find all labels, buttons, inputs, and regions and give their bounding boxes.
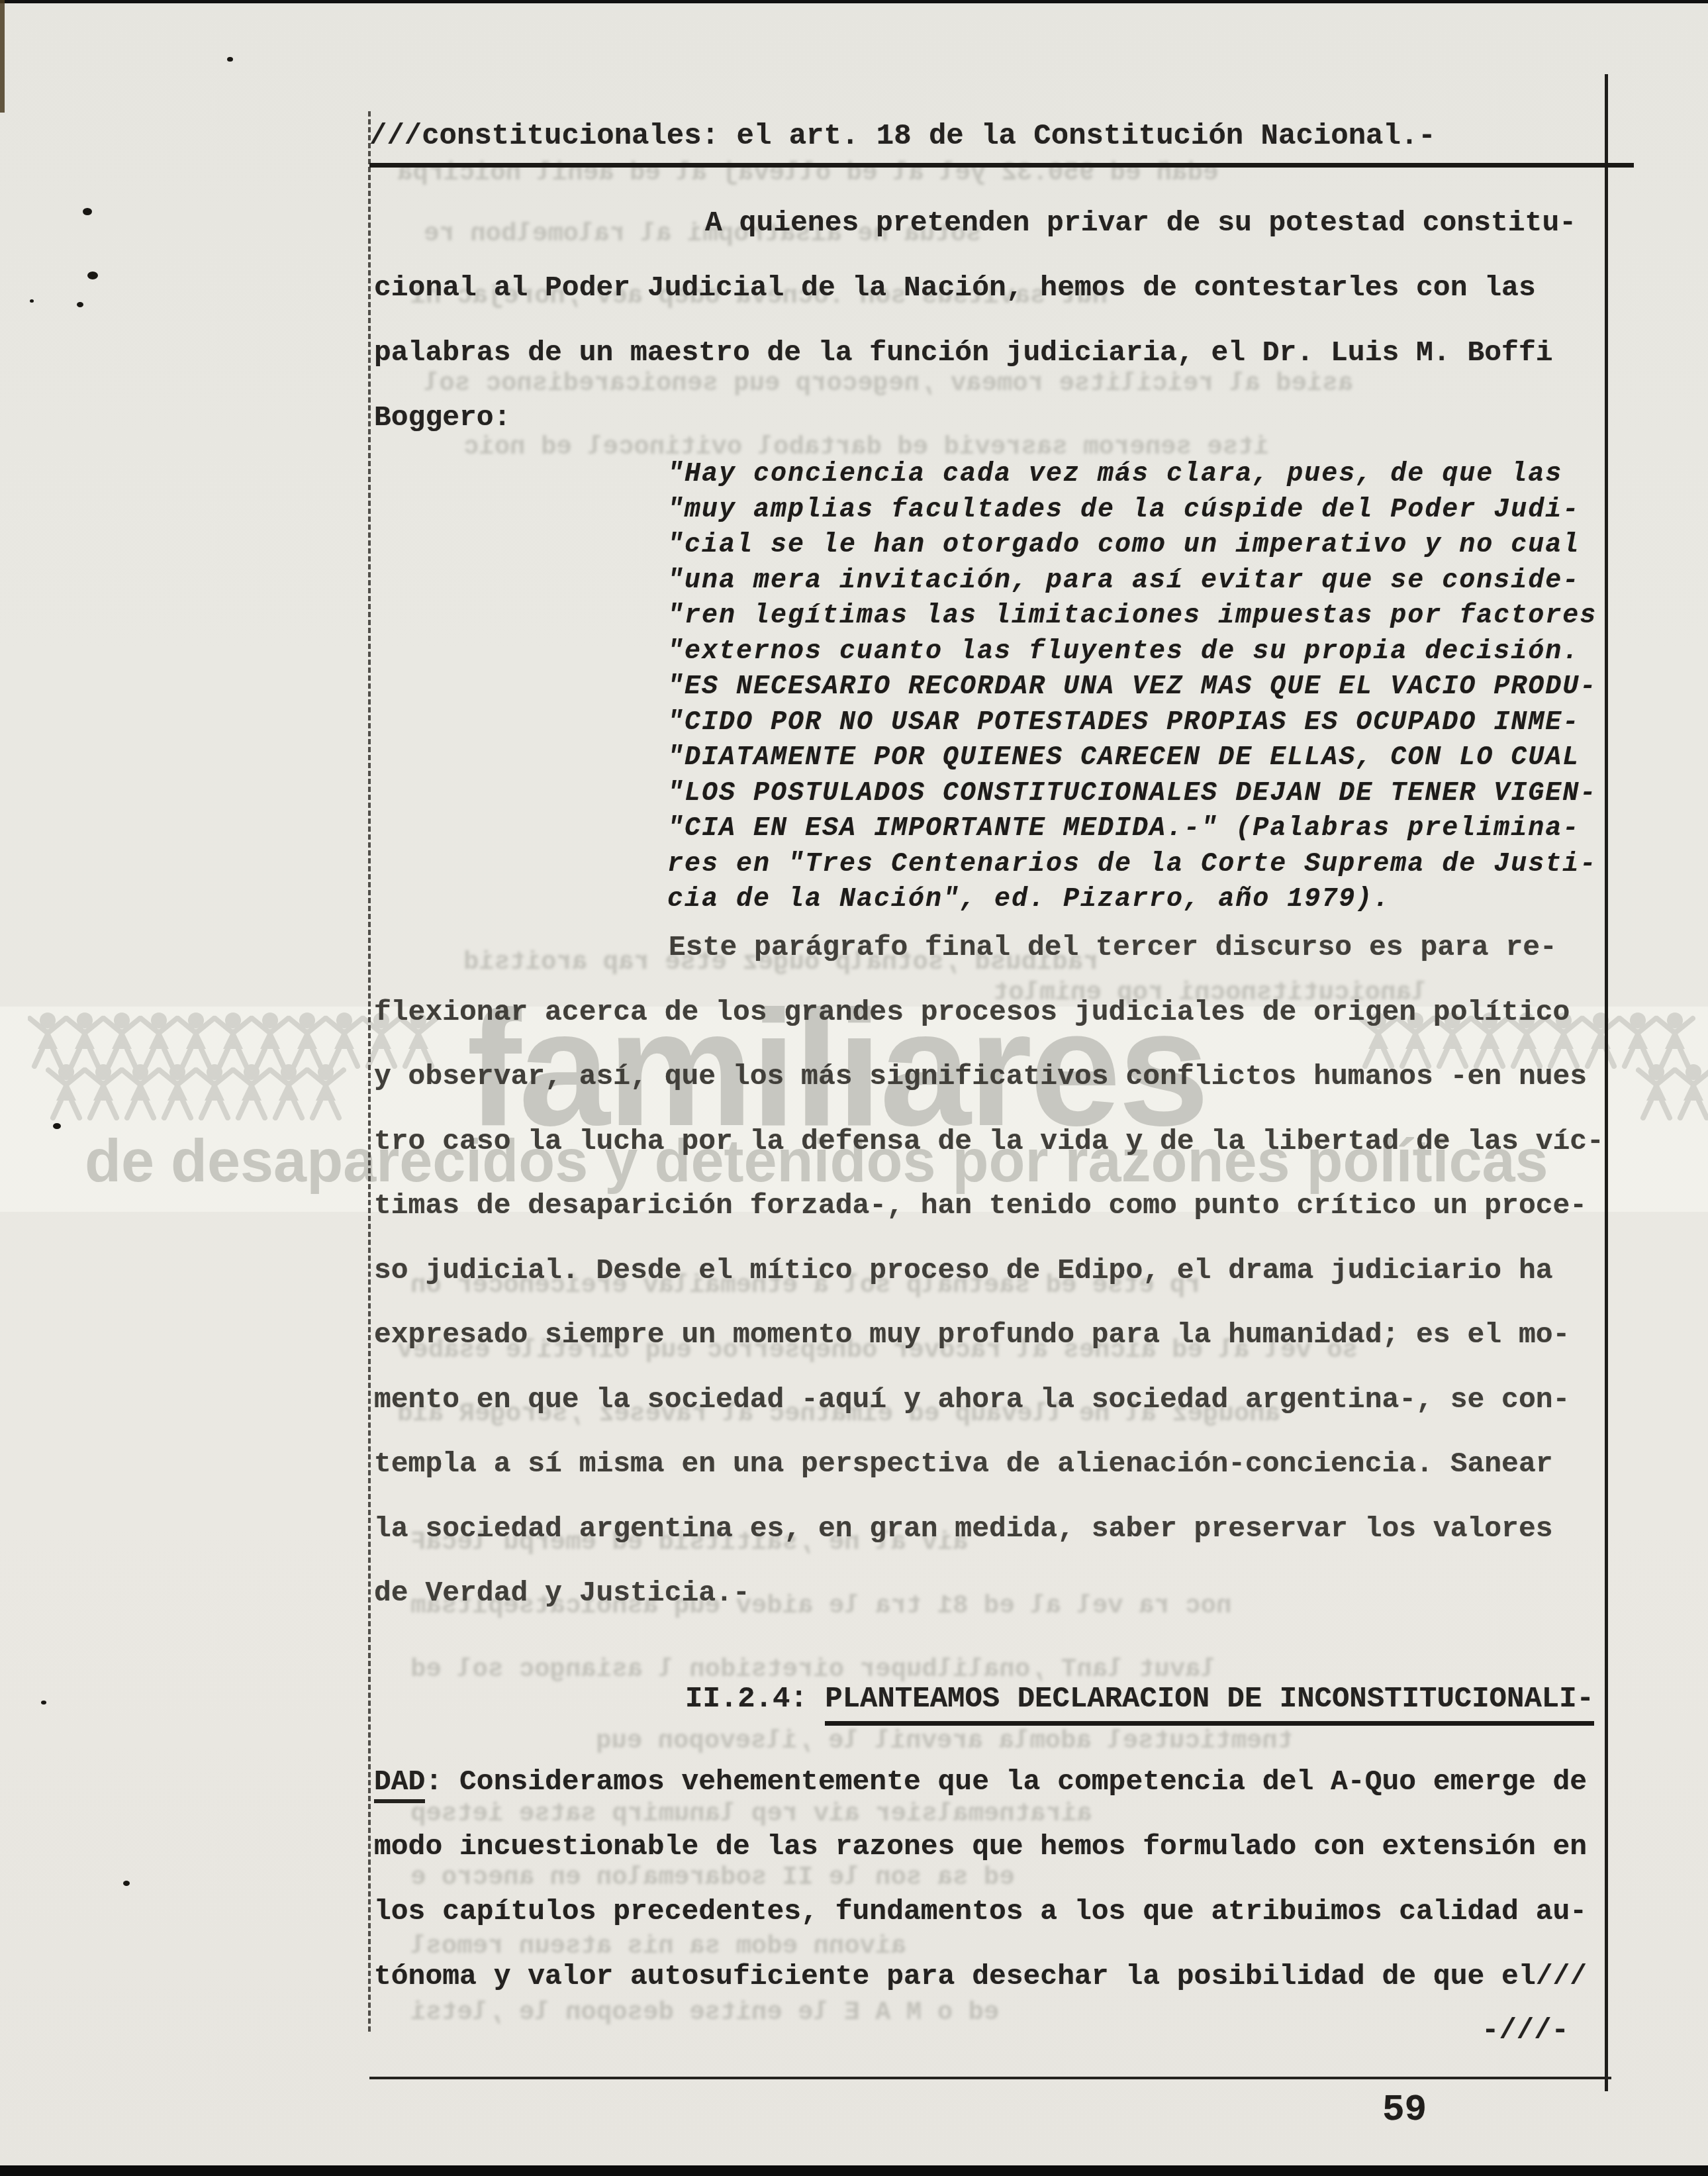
paragraph-lead-underlined: DAD xyxy=(374,1765,425,1803)
scanned-document-page: familiares de desaparecidos y detenidos … xyxy=(0,0,1708,2176)
continuation-mark: -///- xyxy=(1482,2014,1569,2048)
bottom-rule xyxy=(369,2077,1611,2079)
ink-speck xyxy=(77,302,83,307)
paragraph-declaracion: DAD: Consideramos vehementemente que la … xyxy=(374,1750,1619,2009)
section-number: II.2.4: xyxy=(685,1683,825,1716)
blockquote-boffi-boggero: "Hay conciencia cada vez más clara, pues… xyxy=(667,457,1621,918)
left-margin-rule xyxy=(368,111,371,2032)
scan-edge-bottom xyxy=(0,2165,1708,2176)
paragraph-intro: A quienes pretenden privar de su potesta… xyxy=(374,191,1615,450)
ink-speck xyxy=(53,1123,61,1129)
paragraph-reflection: Este parágrafo final del tercer discurso… xyxy=(374,915,1619,1626)
ink-speck xyxy=(227,57,233,62)
paragraph-body: : Consideramos vehementemente que la com… xyxy=(374,1765,1587,1993)
ink-speck xyxy=(87,272,98,279)
scan-edge-left-mark xyxy=(0,0,5,113)
ink-speck xyxy=(83,208,92,215)
ink-speck xyxy=(41,1701,46,1705)
scan-edge-top xyxy=(0,0,1708,3)
section-title-underlined: PLANTEAMOS DECLARACION DE INCONSTITUCION… xyxy=(825,1683,1594,1726)
page-heading-continuation: ///constitucionales: el art. 18 de la Co… xyxy=(369,118,1634,168)
ink-speck xyxy=(30,299,34,303)
section-heading-II-2-4: II.2.4: PLANTEAMOS DECLARACION DE INCONS… xyxy=(685,1681,1594,1718)
page-number: 59 xyxy=(1382,2090,1427,2130)
ink-speck xyxy=(123,1881,130,1886)
